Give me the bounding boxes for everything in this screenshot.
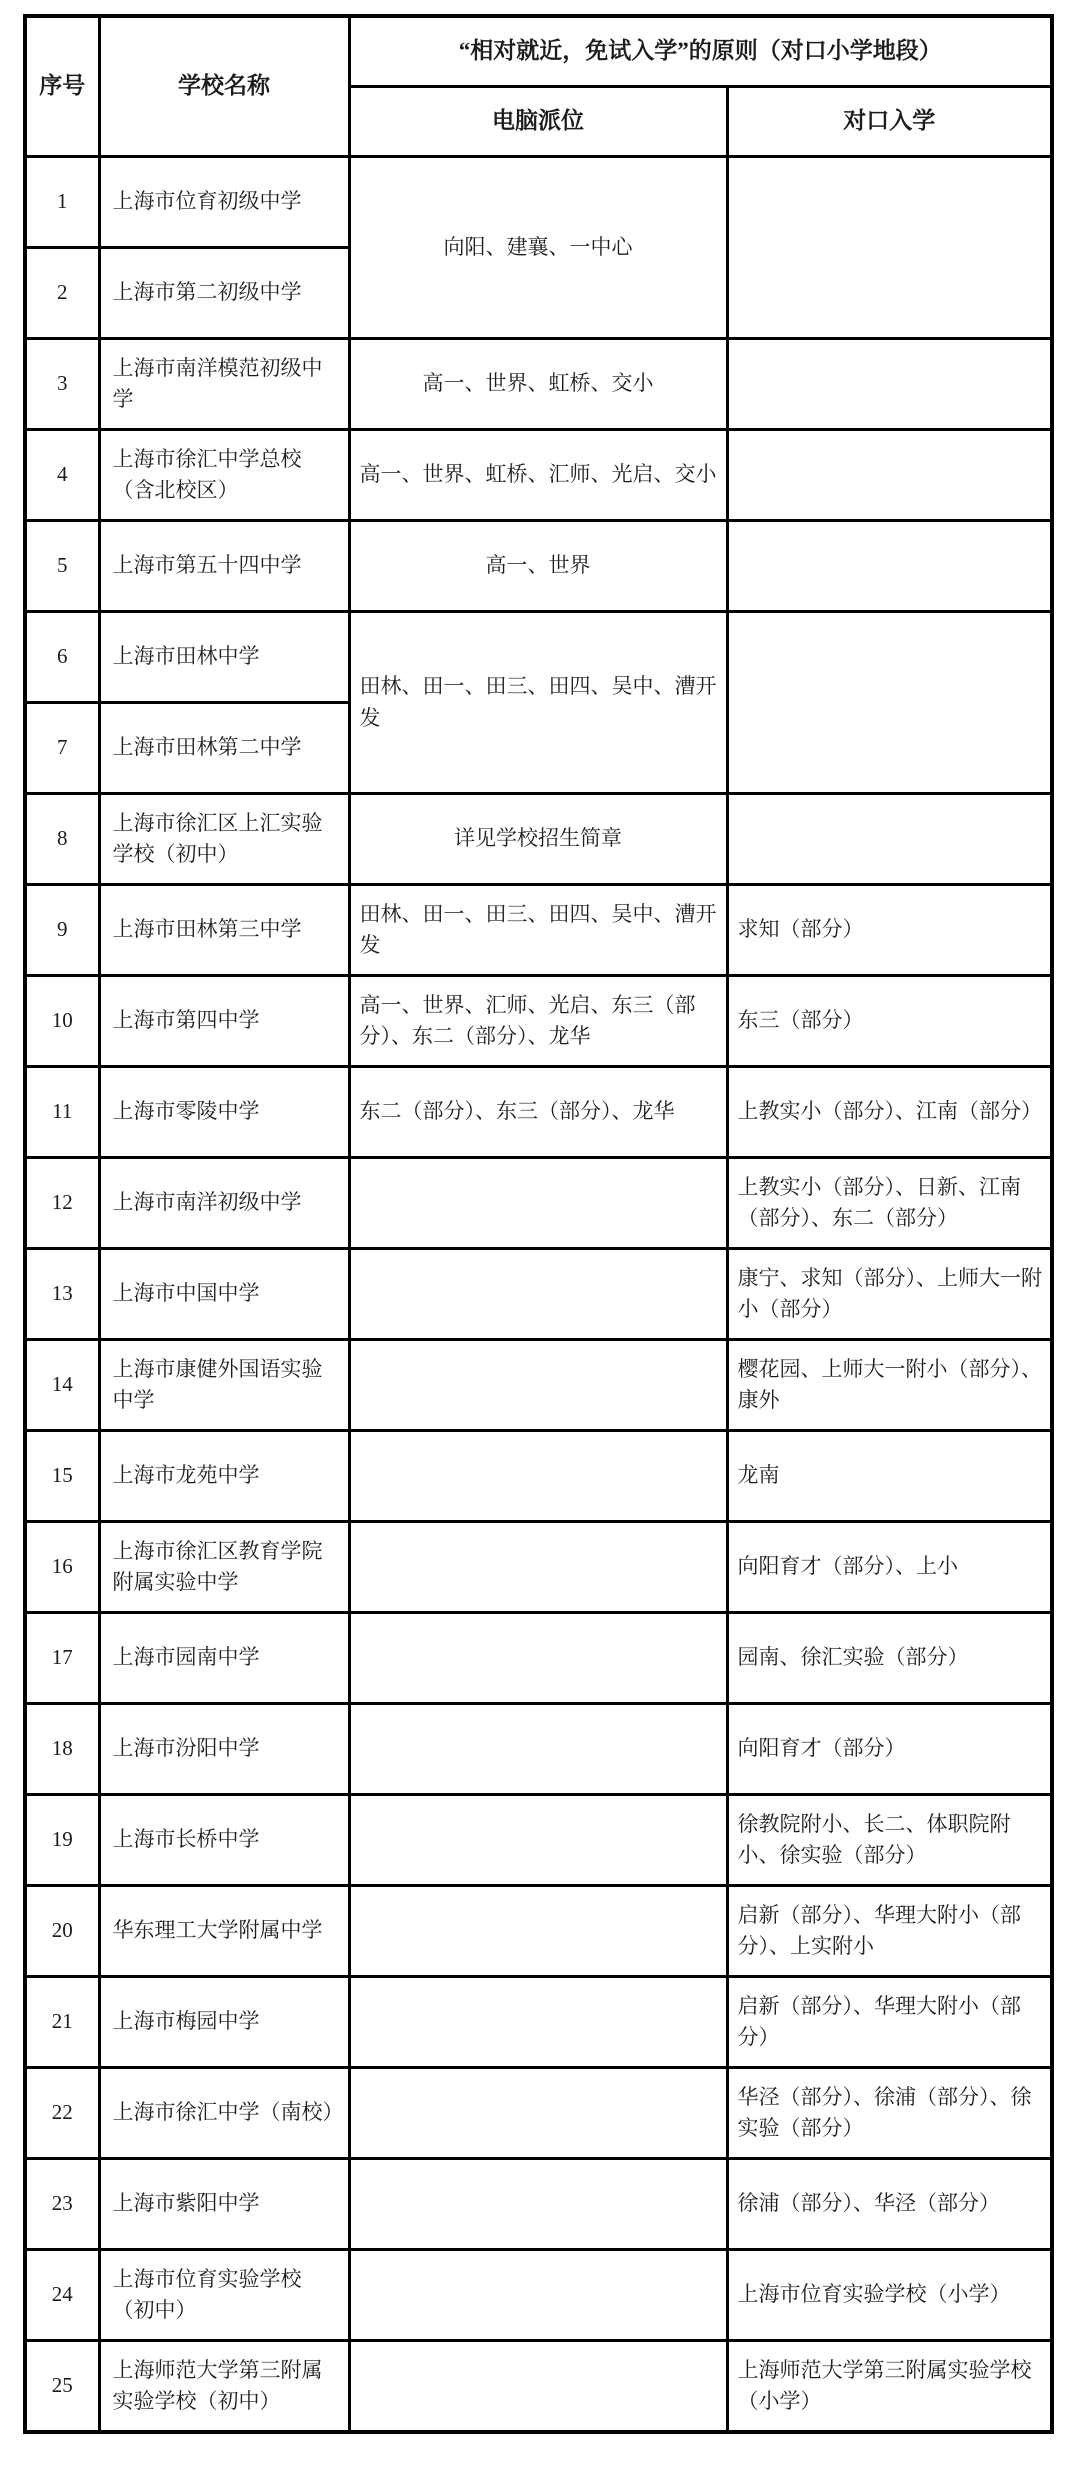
table-row: 9上海市田林第三中学田林、田一、田三、田四、吴中、漕开发求知（部分） <box>25 885 1052 976</box>
header-school-name: 学校名称 <box>99 16 349 157</box>
computer-allocation-cell: 高一、世界、虹桥、汇师、光启、交小 <box>349 430 727 521</box>
direct-enrollment-cell <box>727 794 1052 885</box>
direct-enrollment-cell: 徐浦（部分）、华泾（部分） <box>727 2159 1052 2250</box>
table-row: 1上海市位育初级中学向阳、建襄、一中心 <box>25 157 1052 248</box>
table-row: 16上海市徐汇区教育学院附属实验中学向阳育才（部分）、上小 <box>25 1522 1052 1613</box>
table-row: 3上海市南洋模范初级中学高一、世界、虹桥、交小 <box>25 339 1052 430</box>
row-number-cell: 8 <box>25 794 99 885</box>
computer-allocation-cell: 向阳、建襄、一中心 <box>349 157 727 339</box>
row-number-cell: 19 <box>25 1795 99 1886</box>
row-number-cell: 25 <box>25 2341 99 2433</box>
school-name-cell: 上海市第二初级中学 <box>99 248 349 339</box>
school-name-cell: 上海市第五十四中学 <box>99 521 349 612</box>
row-number-cell: 21 <box>25 1977 99 2068</box>
table-row: 21上海市梅园中学启新（部分）、华理大附小（部分） <box>25 1977 1052 2068</box>
school-name-cell: 上海市零陵中学 <box>99 1067 349 1158</box>
computer-allocation-cell <box>349 1522 727 1613</box>
school-name-cell: 上海市徐汇中学总校（含北校区） <box>99 430 349 521</box>
table-row: 20华东理工大学附属中学启新（部分）、华理大附小（部分）、上实附小 <box>25 1886 1052 1977</box>
direct-enrollment-cell: 求知（部分） <box>727 885 1052 976</box>
table-row: 18上海市汾阳中学向阳育才（部分） <box>25 1704 1052 1795</box>
computer-allocation-cell <box>349 1977 727 2068</box>
direct-enrollment-cell <box>727 430 1052 521</box>
table-row: 5上海市第五十四中学高一、世界 <box>25 521 1052 612</box>
row-number-cell: 7 <box>25 703 99 794</box>
school-name-cell: 上海市位育实验学校（初中） <box>99 2250 349 2341</box>
row-number-cell: 14 <box>25 1340 99 1431</box>
table-row: 14上海市康健外国语实验中学樱花园、上师大一附小（部分）、康外 <box>25 1340 1052 1431</box>
direct-enrollment-cell: 上海市位育实验学校（小学） <box>727 2250 1052 2341</box>
row-number-cell: 20 <box>25 1886 99 1977</box>
computer-allocation-cell: 高一、世界、汇师、光启、东三（部分）、东二（部分）、龙华 <box>349 976 727 1067</box>
school-name-cell: 上海市龙苑中学 <box>99 1431 349 1522</box>
row-number-cell: 15 <box>25 1431 99 1522</box>
school-name-cell: 上海市南洋模范初级中学 <box>99 339 349 430</box>
direct-enrollment-cell: 樱花园、上师大一附小（部分）、康外 <box>727 1340 1052 1431</box>
computer-allocation-cell <box>349 2159 727 2250</box>
school-name-cell: 上海市田林第三中学 <box>99 885 349 976</box>
computer-allocation-cell <box>349 1431 727 1522</box>
row-number-cell: 4 <box>25 430 99 521</box>
direct-enrollment-cell: 东三（部分） <box>727 976 1052 1067</box>
computer-allocation-cell <box>349 2341 727 2433</box>
computer-allocation-cell <box>349 1886 727 1977</box>
school-name-cell: 上海市康健外国语实验中学 <box>99 1340 349 1431</box>
direct-enrollment-cell: 上教实小（部分）、日新、江南（部分）、东二（部分） <box>727 1158 1052 1249</box>
document-page: 序号 学校名称 “相对就近，免试入学”的原则（对口小学地段） 电脑派位 对口入学… <box>0 0 1080 2478</box>
header-principle: “相对就近，免试入学”的原则（对口小学地段） <box>349 16 1052 87</box>
direct-enrollment-cell <box>727 521 1052 612</box>
header-row-1: 序号 学校名称 “相对就近，免试入学”的原则（对口小学地段） <box>25 16 1052 87</box>
row-number-cell: 24 <box>25 2250 99 2341</box>
direct-enrollment-cell: 启新（部分）、华理大附小（部分）、上实附小 <box>727 1886 1052 1977</box>
row-number-cell: 16 <box>25 1522 99 1613</box>
row-number-cell: 3 <box>25 339 99 430</box>
school-allocation-table: 序号 学校名称 “相对就近，免试入学”的原则（对口小学地段） 电脑派位 对口入学… <box>23 14 1054 2434</box>
school-name-cell: 上海市紫阳中学 <box>99 2159 349 2250</box>
table-row: 17上海市园南中学园南、徐汇实验（部分） <box>25 1613 1052 1704</box>
direct-enrollment-cell: 启新（部分）、华理大附小（部分） <box>727 1977 1052 2068</box>
school-name-cell: 上海市徐汇中学（南校） <box>99 2068 349 2159</box>
table-row: 6上海市田林中学田林、田一、田三、田四、吴中、漕开发 <box>25 612 1052 703</box>
table-row: 22上海市徐汇中学（南校）华泾（部分）、徐浦（部分）、徐实验（部分） <box>25 2068 1052 2159</box>
table-row: 23上海市紫阳中学徐浦（部分）、华泾（部分） <box>25 2159 1052 2250</box>
direct-enrollment-cell <box>727 157 1052 339</box>
computer-allocation-cell <box>349 2068 727 2159</box>
school-name-cell: 上海市第四中学 <box>99 976 349 1067</box>
school-name-cell: 上海师范大学第三附属实验学校（初中） <box>99 2341 349 2433</box>
direct-enrollment-cell <box>727 612 1052 794</box>
header-number: 序号 <box>25 16 99 157</box>
computer-allocation-cell: 东二（部分）、东三（部分）、龙华 <box>349 1067 727 1158</box>
header-computer-allocation: 电脑派位 <box>349 87 727 157</box>
table-body: 1上海市位育初级中学向阳、建襄、一中心2上海市第二初级中学3上海市南洋模范初级中… <box>25 157 1052 2433</box>
table-row: 13上海市中国中学康宁、求知（部分）、上师大一附小（部分） <box>25 1249 1052 1340</box>
school-name-cell: 华东理工大学附属中学 <box>99 1886 349 1977</box>
row-number-cell: 10 <box>25 976 99 1067</box>
school-name-cell: 上海市田林第二中学 <box>99 703 349 794</box>
table-header: 序号 学校名称 “相对就近，免试入学”的原则（对口小学地段） 电脑派位 对口入学 <box>25 16 1052 157</box>
direct-enrollment-cell: 向阳育才（部分） <box>727 1704 1052 1795</box>
table-row: 25上海师范大学第三附属实验学校（初中）上海师范大学第三附属实验学校（小学） <box>25 2341 1052 2433</box>
table-row: 15上海市龙苑中学龙南 <box>25 1431 1052 1522</box>
school-name-cell: 上海市徐汇区上汇实验学校（初中） <box>99 794 349 885</box>
computer-allocation-cell <box>349 1704 727 1795</box>
computer-allocation-cell: 详见学校招生简章 <box>349 794 727 885</box>
row-number-cell: 17 <box>25 1613 99 1704</box>
school-name-cell: 上海市长桥中学 <box>99 1795 349 1886</box>
computer-allocation-cell <box>349 1249 727 1340</box>
computer-allocation-cell: 田林、田一、田三、田四、吴中、漕开发 <box>349 885 727 976</box>
computer-allocation-cell: 田林、田一、田三、田四、吴中、漕开发 <box>349 612 727 794</box>
computer-allocation-cell: 高一、世界 <box>349 521 727 612</box>
table-row: 12上海市南洋初级中学上教实小（部分）、日新、江南（部分）、东二（部分） <box>25 1158 1052 1249</box>
row-number-cell: 1 <box>25 157 99 248</box>
direct-enrollment-cell: 华泾（部分）、徐浦（部分）、徐实验（部分） <box>727 2068 1052 2159</box>
direct-enrollment-cell: 园南、徐汇实验（部分） <box>727 1613 1052 1704</box>
computer-allocation-cell <box>349 1340 727 1431</box>
row-number-cell: 23 <box>25 2159 99 2250</box>
table-row: 24上海市位育实验学校（初中）上海市位育实验学校（小学） <box>25 2250 1052 2341</box>
school-name-cell: 上海市汾阳中学 <box>99 1704 349 1795</box>
table-row: 4上海市徐汇中学总校（含北校区）高一、世界、虹桥、汇师、光启、交小 <box>25 430 1052 521</box>
row-number-cell: 22 <box>25 2068 99 2159</box>
table-row: 11上海市零陵中学东二（部分）、东三（部分）、龙华上教实小（部分）、江南（部分） <box>25 1067 1052 1158</box>
direct-enrollment-cell: 康宁、求知（部分）、上师大一附小（部分） <box>727 1249 1052 1340</box>
school-name-cell: 上海市徐汇区教育学院附属实验中学 <box>99 1522 349 1613</box>
school-name-cell: 上海市南洋初级中学 <box>99 1158 349 1249</box>
header-direct-enrollment: 对口入学 <box>727 87 1052 157</box>
school-name-cell: 上海市园南中学 <box>99 1613 349 1704</box>
computer-allocation-cell <box>349 1613 727 1704</box>
computer-allocation-cell <box>349 1795 727 1886</box>
school-name-cell: 上海市中国中学 <box>99 1249 349 1340</box>
direct-enrollment-cell: 上教实小（部分）、江南（部分） <box>727 1067 1052 1158</box>
row-number-cell: 9 <box>25 885 99 976</box>
computer-allocation-cell <box>349 1158 727 1249</box>
direct-enrollment-cell: 龙南 <box>727 1431 1052 1522</box>
direct-enrollment-cell: 徐教院附小、长二、体职院附小、徐实验（部分） <box>727 1795 1052 1886</box>
school-name-cell: 上海市梅园中学 <box>99 1977 349 2068</box>
direct-enrollment-cell: 上海师范大学第三附属实验学校（小学） <box>727 2341 1052 2433</box>
school-name-cell: 上海市田林中学 <box>99 612 349 703</box>
row-number-cell: 18 <box>25 1704 99 1795</box>
row-number-cell: 11 <box>25 1067 99 1158</box>
row-number-cell: 5 <box>25 521 99 612</box>
row-number-cell: 2 <box>25 248 99 339</box>
computer-allocation-cell: 高一、世界、虹桥、交小 <box>349 339 727 430</box>
direct-enrollment-cell <box>727 339 1052 430</box>
row-number-cell: 6 <box>25 612 99 703</box>
table-row: 10上海市第四中学高一、世界、汇师、光启、东三（部分）、东二（部分）、龙华东三（… <box>25 976 1052 1067</box>
row-number-cell: 13 <box>25 1249 99 1340</box>
table-row: 19上海市长桥中学徐教院附小、长二、体职院附小、徐实验（部分） <box>25 1795 1052 1886</box>
row-number-cell: 12 <box>25 1158 99 1249</box>
table-row: 8上海市徐汇区上汇实验学校（初中）详见学校招生简章 <box>25 794 1052 885</box>
computer-allocation-cell <box>349 2250 727 2341</box>
school-name-cell: 上海市位育初级中学 <box>99 157 349 248</box>
direct-enrollment-cell: 向阳育才（部分）、上小 <box>727 1522 1052 1613</box>
